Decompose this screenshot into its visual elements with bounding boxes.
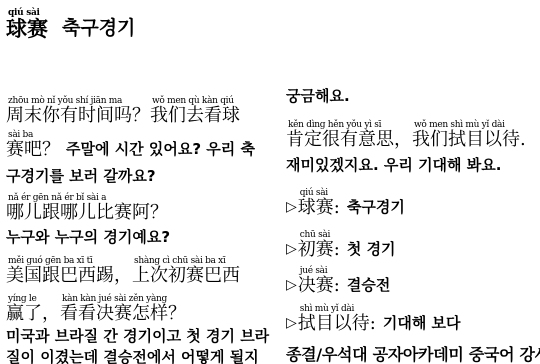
dialogue-line: yíng le 赢了， kàn kàn jué sài zěn yàng 看看决…	[6, 294, 286, 323]
hanzi-with-pinyin: qiú sài 球赛	[298, 188, 334, 217]
dialogue-line: 질이 이겼는데 결승전에서 어떻게 될지	[6, 349, 286, 364]
hanzi-with-pinyin: shì mù yǐ dài 拭目以待	[298, 304, 370, 333]
korean-text: 미국과 브라질 간 경기이고 첫 경기 브라	[6, 328, 269, 346]
dialogue-line: kěn dìng hěn yǒu yì sī 肯定很有意思， wǒ men sh…	[286, 120, 540, 149]
dialogue-line: nǎ ér gēn nǎ ér bǐ sài a 哪儿跟哪儿比赛阿？	[6, 193, 286, 222]
korean-meaning: 축구경기	[347, 199, 405, 217]
korean-meaning: 기대해 보다	[383, 315, 461, 333]
dialogue-line: 구경기를 보러 갈까요?	[6, 168, 286, 186]
hanzi-text: 上次初赛巴西	[132, 266, 240, 285]
hanzi-text: 我们去看球	[150, 106, 240, 125]
colon-separator: :	[334, 276, 340, 295]
korean-text: 궁금해요.	[286, 88, 350, 106]
hanzi-text: 球赛	[298, 198, 334, 217]
title-hanzi-with-pinyin: qiú sài 球赛	[6, 8, 48, 40]
hanzi-with-pinyin: sài ba 赛吧？	[6, 130, 60, 159]
hanzi-with-pinyin: yíng le 赢了，	[6, 294, 60, 323]
hanzi-text: 我们拭目以待.	[412, 130, 526, 149]
hanzi-with-pinyin: jué sài 决赛	[298, 266, 334, 295]
dialogue-right-column: 궁금해요. kěn dìng hěn yǒu yì sī 肯定很有意思， wǒ …	[286, 88, 540, 364]
korean-meaning: 첫 경기	[347, 241, 396, 259]
korean-text: 재미있겠지요. 우리 기대해 봐요.	[286, 157, 501, 175]
triangle-bullet-icon: ▷	[286, 240, 297, 259]
triangle-bullet-icon: ▷	[286, 314, 297, 333]
colon-separator: :	[334, 198, 340, 217]
hanzi-with-pinyin: nǎ ér gēn nǎ ér bǐ sài a 哪儿跟哪儿比赛阿？	[6, 193, 168, 222]
hanzi-with-pinyin: chū sài 初赛	[298, 230, 334, 259]
hanzi-text: 美国跟巴西踢，	[6, 266, 132, 285]
hanzi-text: 拭目以待	[298, 314, 370, 333]
korean-text: 구경기를 보러 갈까요?	[6, 168, 156, 186]
hanzi-text: 赢了，	[6, 304, 60, 323]
colon-separator: :	[334, 240, 340, 259]
title-korean: 축구경기	[62, 18, 135, 40]
dialogue-line: 재미있겠지요. 우리 기대해 봐요.	[286, 157, 540, 175]
dialogue-left-column: zhōu mò nǐ yǒu shí jiān ma 周末你有时间吗？ wǒ m…	[6, 88, 286, 364]
korean-meaning: 결승전	[347, 277, 390, 295]
dialogue-line: 누구와 누구의 경기예요?	[6, 229, 286, 247]
page-title: qiú sài 球赛 축구경기	[6, 8, 540, 40]
vocab-item: ▷ chū sài 初赛 : 첫 경기	[286, 230, 540, 259]
hanzi-text: 肯定很有意思，	[286, 130, 412, 149]
hanzi-with-pinyin: kěn dìng hěn yǒu yì sī 肯定很有意思，	[286, 120, 412, 149]
korean-text: 주말에 시간 있어요? 우리 축	[66, 141, 255, 159]
two-column-body: zhōu mò nǐ yǒu shí jiān ma 周末你有时间吗？ wǒ m…	[6, 88, 540, 364]
hanzi-with-pinyin: shàng cì chū sài ba xī 上次初赛巴西	[132, 256, 240, 285]
title-hanzi: 球赛	[6, 18, 48, 40]
korean-text: 누구와 누구의 경기예요?	[6, 229, 170, 247]
dialogue-line: sài ba 赛吧？ 주말에 시간 있어요? 우리 축	[6, 130, 286, 159]
triangle-bullet-icon: ▷	[286, 198, 297, 217]
hanzi-with-pinyin: wǒ men qù kàn qiú 我们去看球	[150, 96, 240, 125]
hanzi-text: 赛吧？	[6, 140, 60, 159]
author-credit: 종결/우석대 공자아카데미 중국어 강사	[286, 345, 540, 364]
hanzi-with-pinyin: kàn kàn jué sài zěn yàng 看看决赛怎样？	[60, 294, 186, 323]
hanzi-text: 哪儿跟哪儿比赛阿？	[6, 203, 168, 222]
colon-separator: :	[370, 314, 376, 333]
dialogue-line: 미국과 브라질 간 경기이고 첫 경기 브라	[6, 328, 286, 346]
worksheet-page: qiú sài 球赛 축구경기 zhōu mò nǐ yǒu shí jiān …	[0, 0, 540, 364]
hanzi-text: 周末你有时间吗？	[6, 106, 150, 125]
hanzi-with-pinyin: zhōu mò nǐ yǒu shí jiān ma 周末你有时间吗？	[6, 96, 150, 125]
hanzi-with-pinyin: měi guó gēn ba xī tī 美国跟巴西踢，	[6, 256, 132, 285]
vocab-item: ▷ shì mù yǐ dài 拭目以待 : 기대해 보다	[286, 304, 540, 333]
dialogue-line: zhōu mò nǐ yǒu shí jiān ma 周末你有时间吗？ wǒ m…	[6, 96, 286, 125]
hanzi-text: 看看决赛怎样？	[60, 304, 186, 323]
vocab-item: ▷ qiú sài 球赛 : 축구경기	[286, 188, 540, 217]
vocab-item: ▷ jué sài 决赛 : 결승전	[286, 266, 540, 295]
dialogue-line: měi guó gēn ba xī tī 美国跟巴西踢， shàng cì ch…	[6, 256, 286, 285]
dialogue-line: 궁금해요.	[286, 88, 540, 106]
hanzi-text: 初赛	[298, 240, 334, 259]
triangle-bullet-icon: ▷	[286, 276, 297, 295]
korean-text: 질이 이겼는데 결승전에서 어떻게 될지	[6, 349, 259, 364]
hanzi-text: 决赛	[298, 276, 334, 295]
hanzi-with-pinyin: wǒ men shì mù yǐ dài 我们拭目以待.	[412, 120, 526, 149]
